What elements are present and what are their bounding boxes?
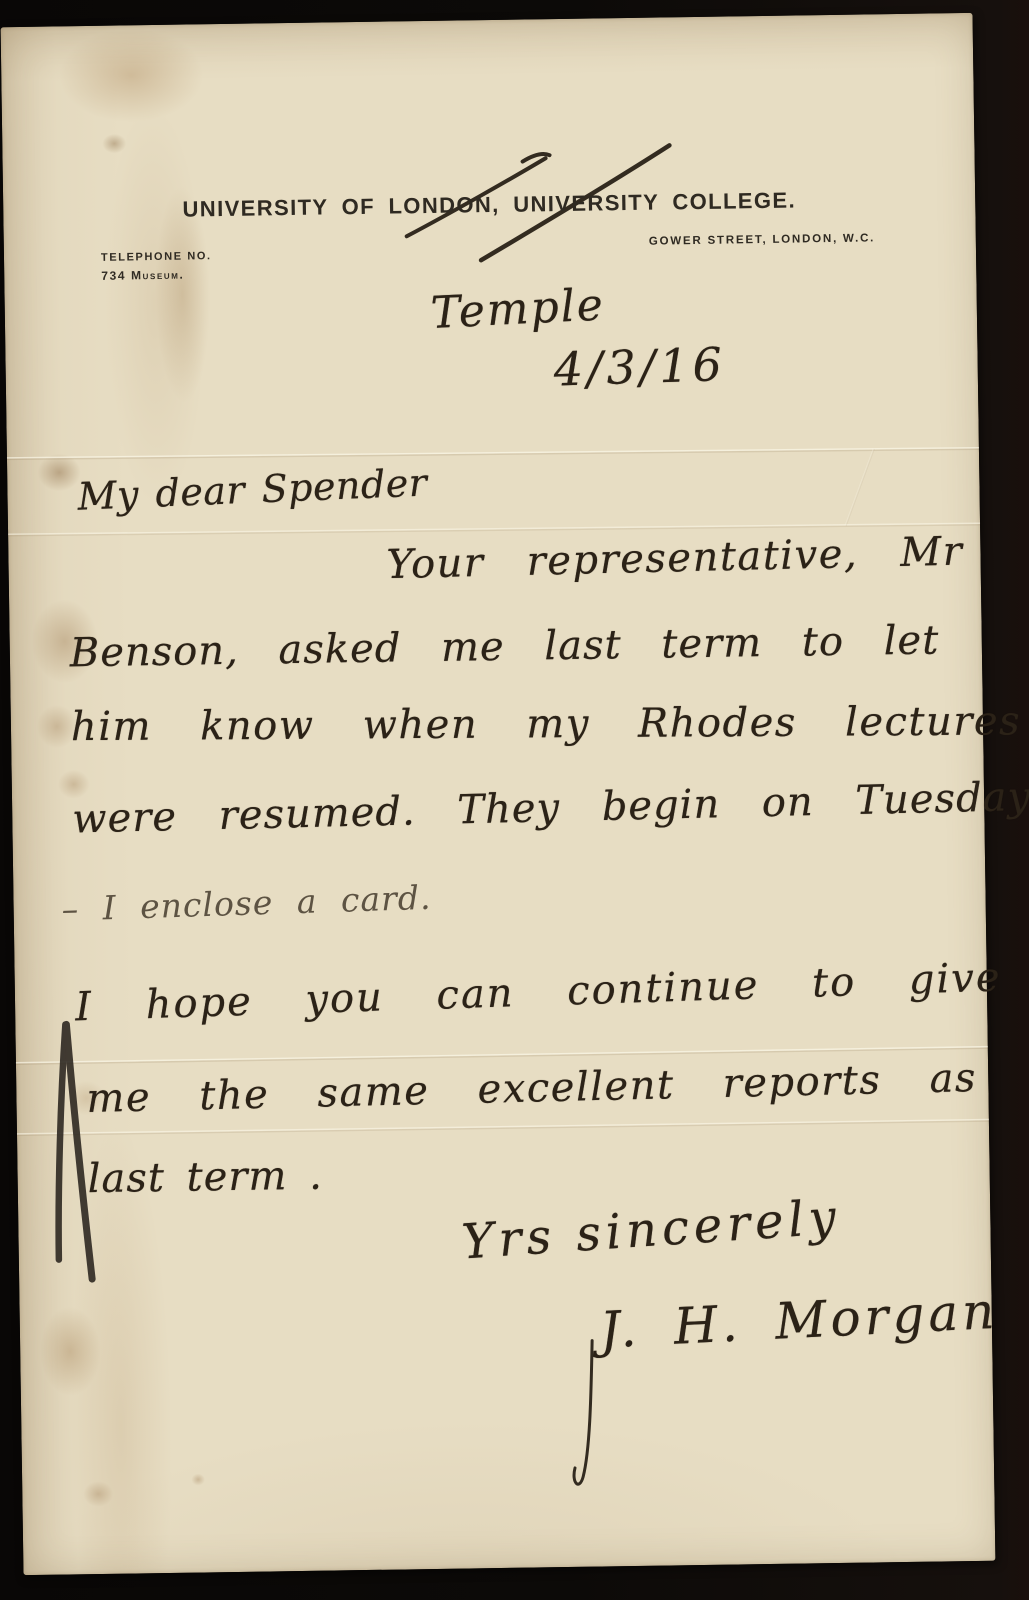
margin-emphasis-mark <box>66 1024 92 1279</box>
body-line: last term . <box>87 1153 323 1202</box>
signature-descender-stroke <box>572 1341 594 1485</box>
letter-page: UNIVERSITY OF LONDON, UNIVERSITY COLLEGE… <box>1 13 996 1575</box>
letterhead-telephone-label: TELEPHONE NO. <box>101 250 212 264</box>
scan-background: UNIVERSITY OF LONDON, UNIVERSITY COLLEGE… <box>0 0 1029 1600</box>
body-line: him know when my Rhodes lectures <box>71 698 1021 750</box>
letterhead-telephone-number: 734 Museum. <box>101 268 184 283</box>
handwritten-place: Temple <box>430 279 606 339</box>
handwritten-date: 4/3/16 <box>553 337 727 397</box>
